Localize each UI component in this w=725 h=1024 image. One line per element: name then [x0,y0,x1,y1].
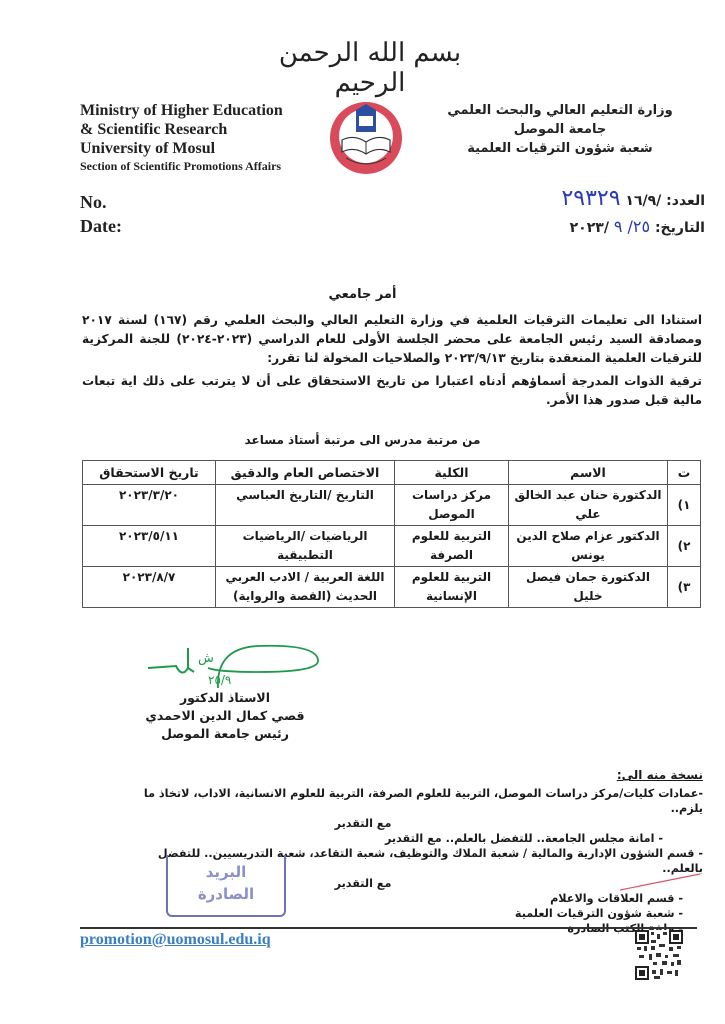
university-name: University of Mosul [80,139,283,158]
arabic-number-label: العدد: [666,193,705,209]
row-index: ١) [668,485,701,526]
svg-text:ش: ش [198,651,214,666]
header-index: ت [668,461,701,485]
promotion-subtitle: من مرتبة مدرس الى مرتبة أستاذ مساعد [0,433,725,447]
english-letterhead: Ministry of Higher Education & Scientifi… [80,101,283,174]
signature-date: ٢٥/٩ [208,673,231,687]
arabic-date-year: /٢٠٢٣ [570,220,609,236]
row-specialty: التاريخ /التاريخ العباسي [216,485,395,526]
row-name: الدكتورة حنان عبد الخالق علي [509,485,668,526]
row-index: ٣) [668,567,701,608]
header-name: الاسم [509,461,668,485]
row-college: التربية للعلوم الإنسانية [395,567,509,608]
handwritten-date: ٢٥/ ٩ [614,217,650,236]
table-row: ٣) الدكتورة جمان فيصل خليل التربية للعلو… [83,567,701,608]
section-name-arabic: شعبة شؤون الترقيات العلمية [425,139,695,158]
cc-title: نسخة منه الى: [617,768,703,782]
contact-email-link[interactable]: promotion@uomosul.edu.iq [80,931,271,949]
row-name: الدكتور عزام صلاح الدين يونس [509,526,668,567]
row-due-date: ٢٠٢٣/٥/١١ [83,526,216,567]
stamp-line1: البريد [168,861,284,883]
signer-block: الاستاذ الدكتور قصي كمال الدين الاحمدي ر… [140,689,310,743]
handwritten-number: ٢٩٣٢٩ [561,186,620,211]
university-name-arabic: جامعة الموصل [425,120,695,139]
red-pen-mark [620,872,700,892]
row-due-date: ٢٠٢٣/٣/٢٠ [83,485,216,526]
university-logo [328,100,404,176]
preamble-paragraph: استنادا الى تعليمات الترقيات العلمية في … [82,311,702,368]
signer-name: قصي كمال الدين الاحمدي [140,707,310,725]
row-college: مركز دراسات الموصل [395,485,509,526]
basmala-calligraphy: بسم الله الرحمن الرحيم [270,38,470,88]
footer-divider [80,927,697,929]
number-label: No. [80,190,122,214]
signer-title: الاستاذ الدكتور [140,689,310,707]
arabic-ref-block: العدد: /١٦/٩ ٢٩٣٢٩ التاريخ: ٢٥/ ٩ /٢٠٢٣ [561,186,705,241]
date-label: Date: [80,214,122,238]
promotions-table: ت الاسم الكلية الاختصاص العام والدقيق تا… [82,460,701,608]
row-specialty: اللغة العربية / الادب العربي الحديث (الق… [216,567,395,608]
ministry-name-arabic: وزارة التعليم العالي والبحث العلمي [425,101,695,120]
table-header-row: ت الاسم الكلية الاختصاص العام والدقيق تا… [83,461,701,485]
arabic-letterhead: وزارة التعليم العالي والبحث العلمي جامعة… [425,101,695,158]
row-specialty: الرياضيات /الرياضيات التطبيقية [216,526,395,567]
signer-position: رئيس جامعة الموصل [140,725,310,743]
table-row: ٢) الدكتور عزام صلاح الدين يونس التربية … [83,526,701,567]
ministry-name-line2: & Scientific Research [80,120,283,139]
row-due-date: ٢٠٢٣/٨/٧ [83,567,216,608]
cc-item-continuation: مع التقدير [143,816,703,831]
header-specialty: الاختصاص العام والدقيق [216,461,395,485]
row-index: ٢) [668,526,701,567]
cc-item: -عمادات كليات/مركز دراسات الموصل، التربي… [143,786,703,816]
header-college: الكلية [395,461,509,485]
arabic-number-line: العدد: /١٦/٩ ٢٩٣٢٩ [561,186,705,214]
decision-paragraph: ترقية الذوات المدرجة أسماؤهم أدناه اعتبا… [82,372,702,410]
table-row: ١) الدكتورة حنان عبد الخالق علي مركز درا… [83,485,701,526]
arabic-number-value: /١٦/٩ [625,193,661,209]
row-name: الدكتورة جمان فيصل خليل [509,567,668,608]
english-ref-labels: No. Date: [80,190,122,238]
cc-item: - امانة مجلس الجامعة.. للتفضل بالعلم.. م… [143,831,703,846]
outgoing-mail-stamp: البريد الصادرة [166,855,286,917]
ministry-name-line1: Ministry of Higher Education [80,101,283,120]
document-title: أمر جامعي [0,287,725,302]
header-due-date: تاريخ الاستحقاق [83,461,216,485]
row-college: التربية للعلوم الصرفة [395,526,509,567]
arabic-date-label: التاريخ: [655,220,705,236]
arabic-date-line: التاريخ: ٢٥/ ٩ /٢٠٢٣ [561,214,705,241]
qr-code-icon [635,930,683,980]
section-name: Section of Scientific Promotions Affairs [80,158,283,174]
stamp-line2: الصادرة [168,883,284,905]
